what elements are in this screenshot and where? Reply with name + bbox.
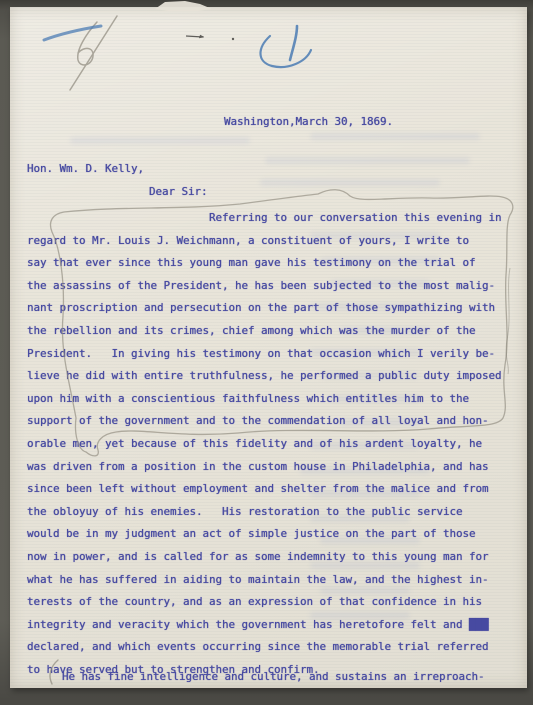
letter-paper: Washington,March 30, 1869. Hon. Wm. D. K… bbox=[10, 7, 527, 688]
scanned-letter-page: { "page": { "paper_color": "#e9e5da", "b… bbox=[0, 0, 533, 705]
body-line: terests of the country, and as an expres… bbox=[27, 591, 527, 614]
dateline: Washington,March 30, 1869. bbox=[224, 115, 393, 128]
body-line: the assassins of the President, he has b… bbox=[27, 275, 527, 298]
body-line: would be in my judgment an act of simple… bbox=[27, 523, 527, 546]
body-line: since been left without employment and s… bbox=[27, 478, 527, 501]
body-line: was driven from a position in the custom… bbox=[27, 456, 527, 479]
body-line: nant proscription and persecution on the… bbox=[27, 297, 527, 320]
body-line: declared, and which events occurring sin… bbox=[27, 636, 527, 659]
body-line: integrity and veracity which the governm… bbox=[27, 614, 527, 637]
body-line: what he has suffered in aiding to mainta… bbox=[27, 569, 527, 592]
body-line: lieve he did with entire truthfulness, h… bbox=[27, 365, 527, 388]
body-line: now in power, and is called for as some … bbox=[27, 546, 527, 569]
salutation: Dear Sir: bbox=[149, 185, 208, 198]
body-line: say that ever since this young man gave … bbox=[27, 252, 527, 275]
recipient-line: Hon. Wm. D. Kelly, bbox=[27, 162, 144, 175]
body-line: the obloyuy of his enemies. His restorat… bbox=[27, 501, 527, 524]
body-line: orable men, yet because of this fidelity… bbox=[27, 433, 527, 456]
body-line: President. In giving his testimony on th… bbox=[27, 343, 527, 366]
letter-body: Referring to our conversation this eveni… bbox=[27, 207, 527, 681]
body-line: Referring to our conversation this eveni… bbox=[27, 207, 527, 230]
body-line: the rebellion and its crimes, chief amon… bbox=[27, 320, 527, 343]
body-line: regard to Mr. Louis J. Weichmann, a cons… bbox=[27, 230, 527, 253]
body-line: support of the government and to the com… bbox=[27, 410, 527, 433]
second-paragraph-line: He has fine intelligence and culture, an… bbox=[62, 670, 485, 683]
body-line: upon him with a conscientious faithfulne… bbox=[27, 388, 527, 411]
